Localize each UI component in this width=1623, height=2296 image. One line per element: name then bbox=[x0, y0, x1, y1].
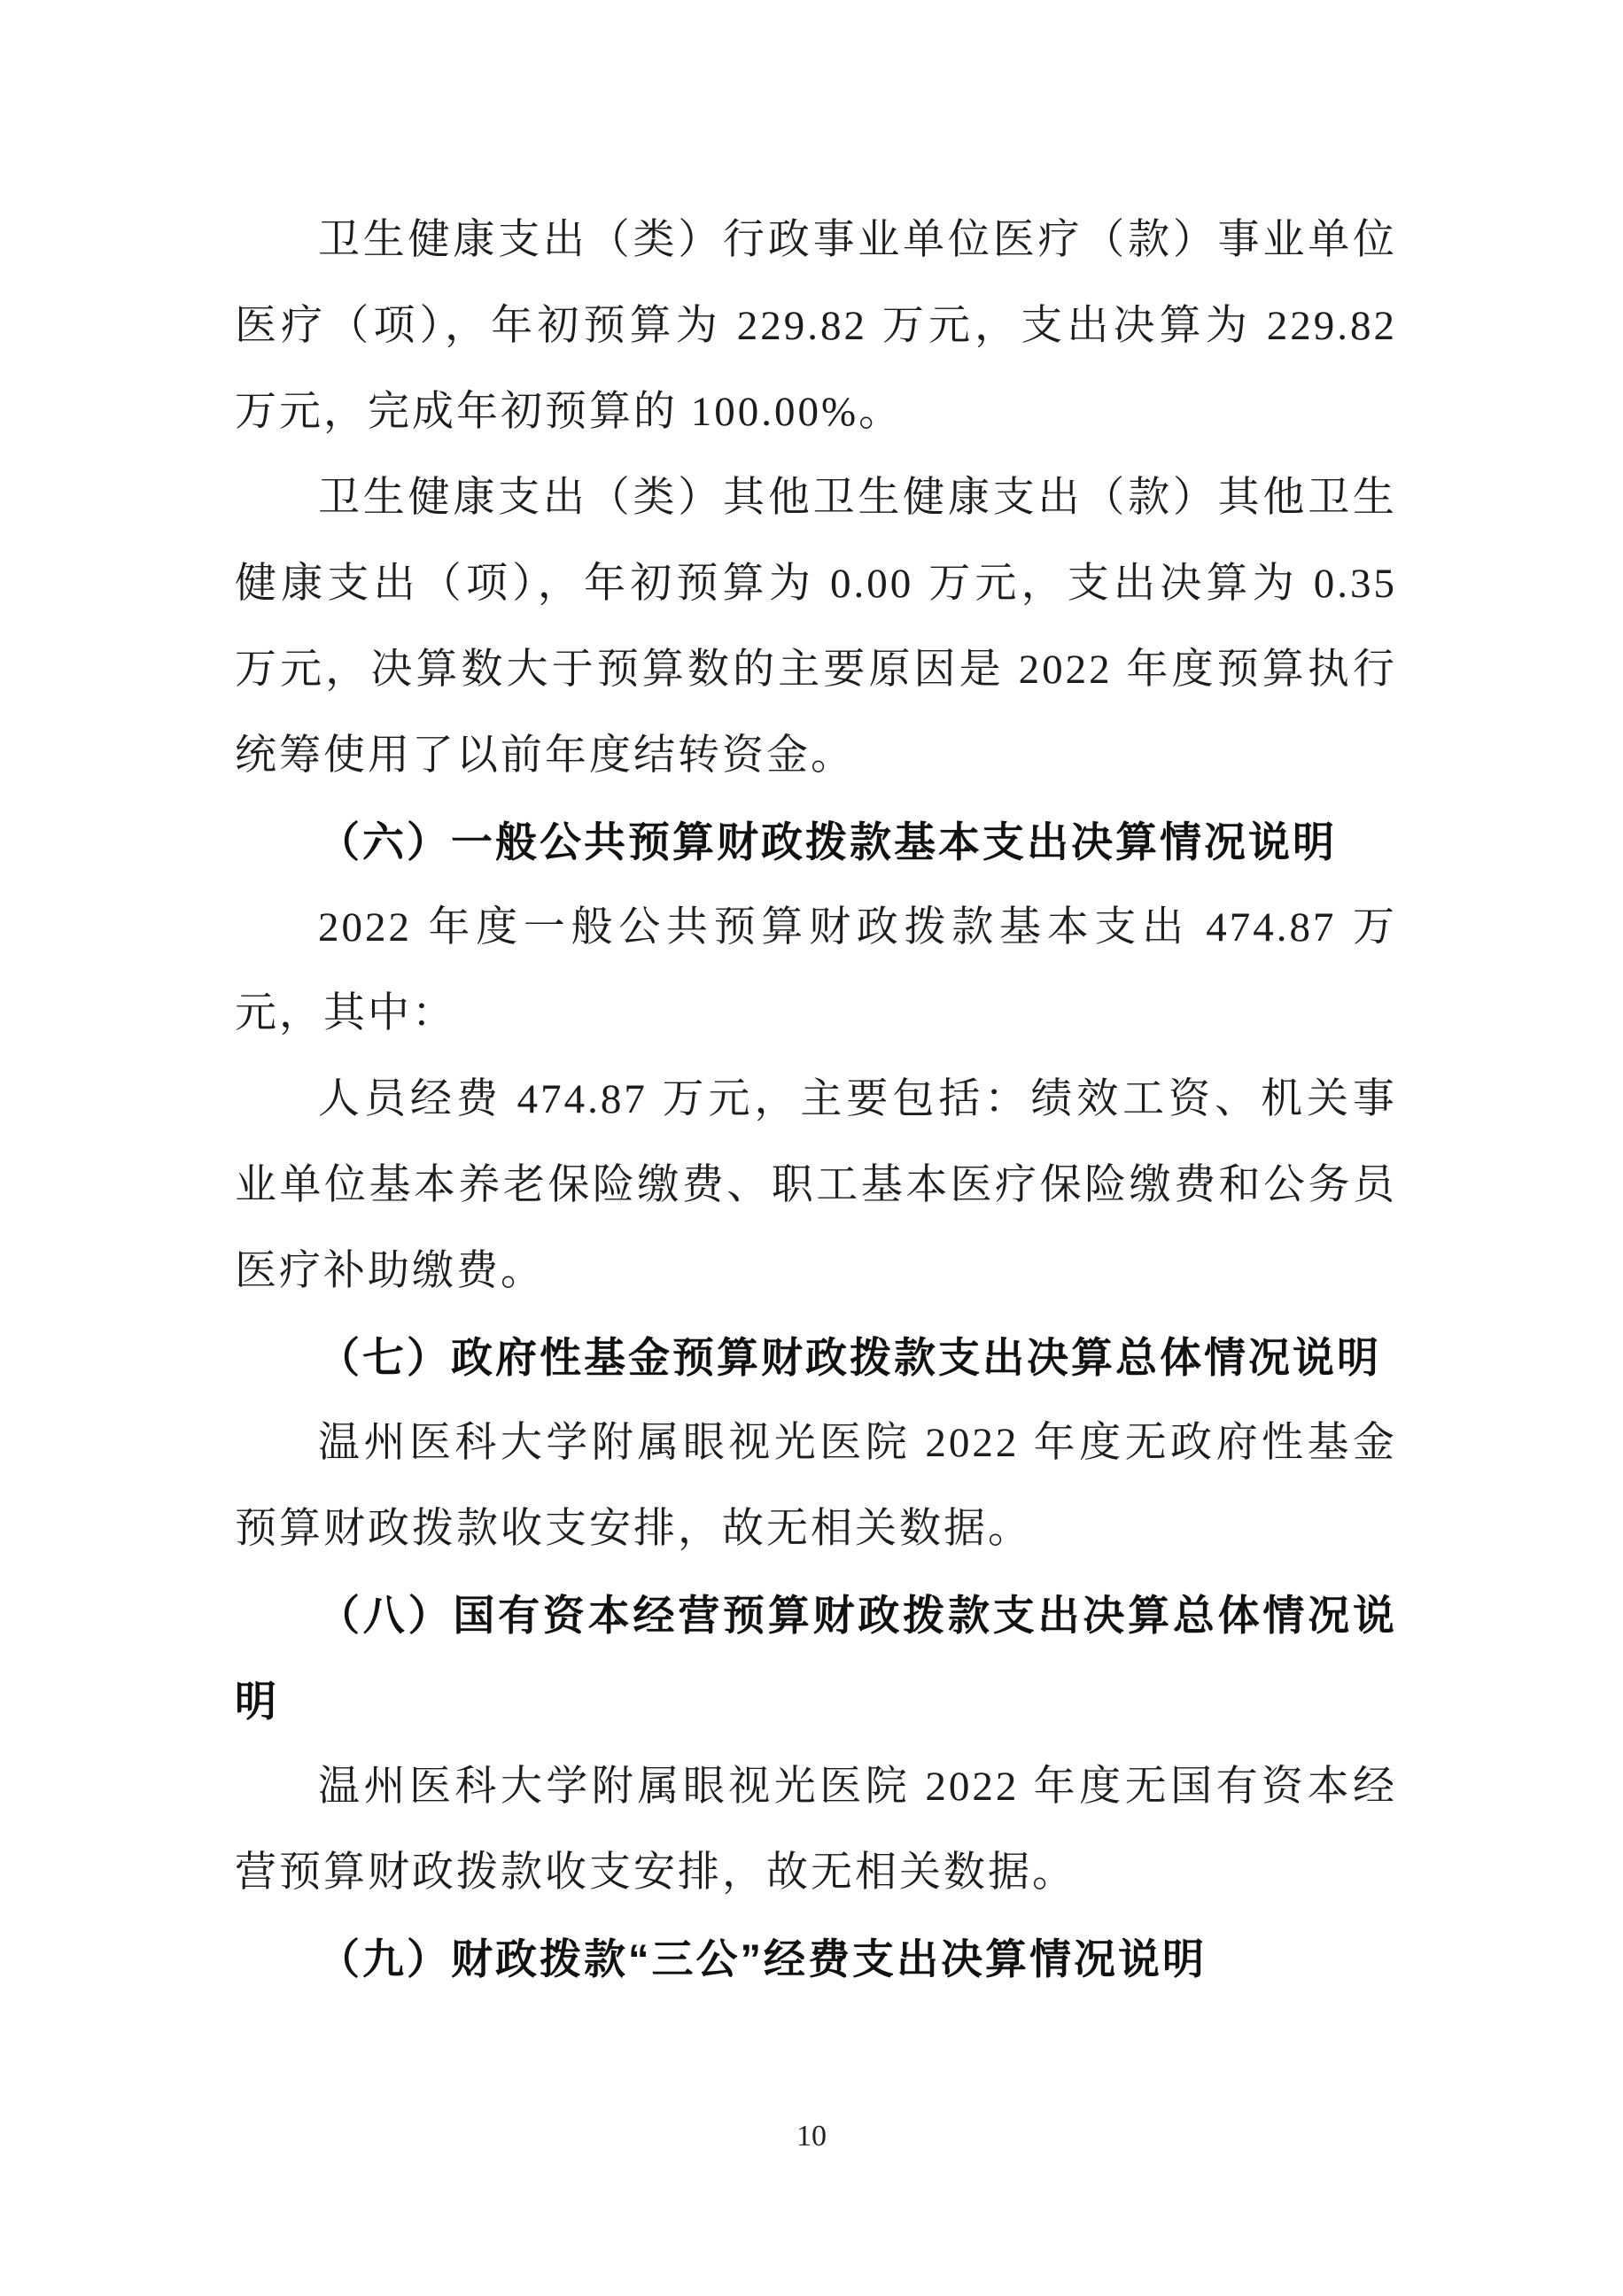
section-heading-8: （八）国有资本经营预算财政拨款支出决算总体情况说明 bbox=[235, 1572, 1397, 1744]
section-heading-9: （九）财政拨款“三公”经费支出决算情况说明 bbox=[235, 1916, 1397, 2002]
paragraph-government-fund-none: 温州医科大学附属眼视光医院 2022 年度无政府性基金预算财政拨款收支安排，故无… bbox=[235, 1400, 1397, 1572]
section-heading-7: （七）政府性基金预算财政拨款支出决算总体情况说明 bbox=[235, 1315, 1397, 1400]
section-heading-6: （六）一般公共预算财政拨款基本支出决算情况说明 bbox=[235, 799, 1397, 885]
paragraph-state-capital-none: 温州医科大学附属眼视光医院 2022 年度无国有资本经营预算财政拨款收支安排，故… bbox=[235, 1744, 1397, 1916]
document-page: 卫生健康支出（类）行政事业单位医疗（款）事业单位医疗（项），年初预算为 229.… bbox=[0, 0, 1623, 2296]
paragraph-health-expense-admin-medical: 卫生健康支出（类）行政事业单位医疗（款）事业单位医疗（项），年初预算为 229.… bbox=[235, 198, 1397, 455]
paragraph-personnel-expense: 人员经费 474.87 万元，主要包括：绩效工资、机关事业单位基本养老保险缴费、… bbox=[235, 1057, 1397, 1315]
document-body: 卫生健康支出（类）行政事业单位医疗（款）事业单位医疗（项），年初预算为 229.… bbox=[235, 198, 1397, 2002]
page-number: 10 bbox=[796, 2120, 827, 2152]
paragraph-basic-expense-total: 2022 年度一般公共预算财政拨款基本支出 474.87 万元，其中： bbox=[235, 885, 1397, 1057]
paragraph-health-expense-other: 卫生健康支出（类）其他卫生健康支出（款）其他卫生健康支出（项），年初预算为 0.… bbox=[235, 455, 1397, 799]
page-footer: 10 bbox=[0, 2119, 1623, 2154]
